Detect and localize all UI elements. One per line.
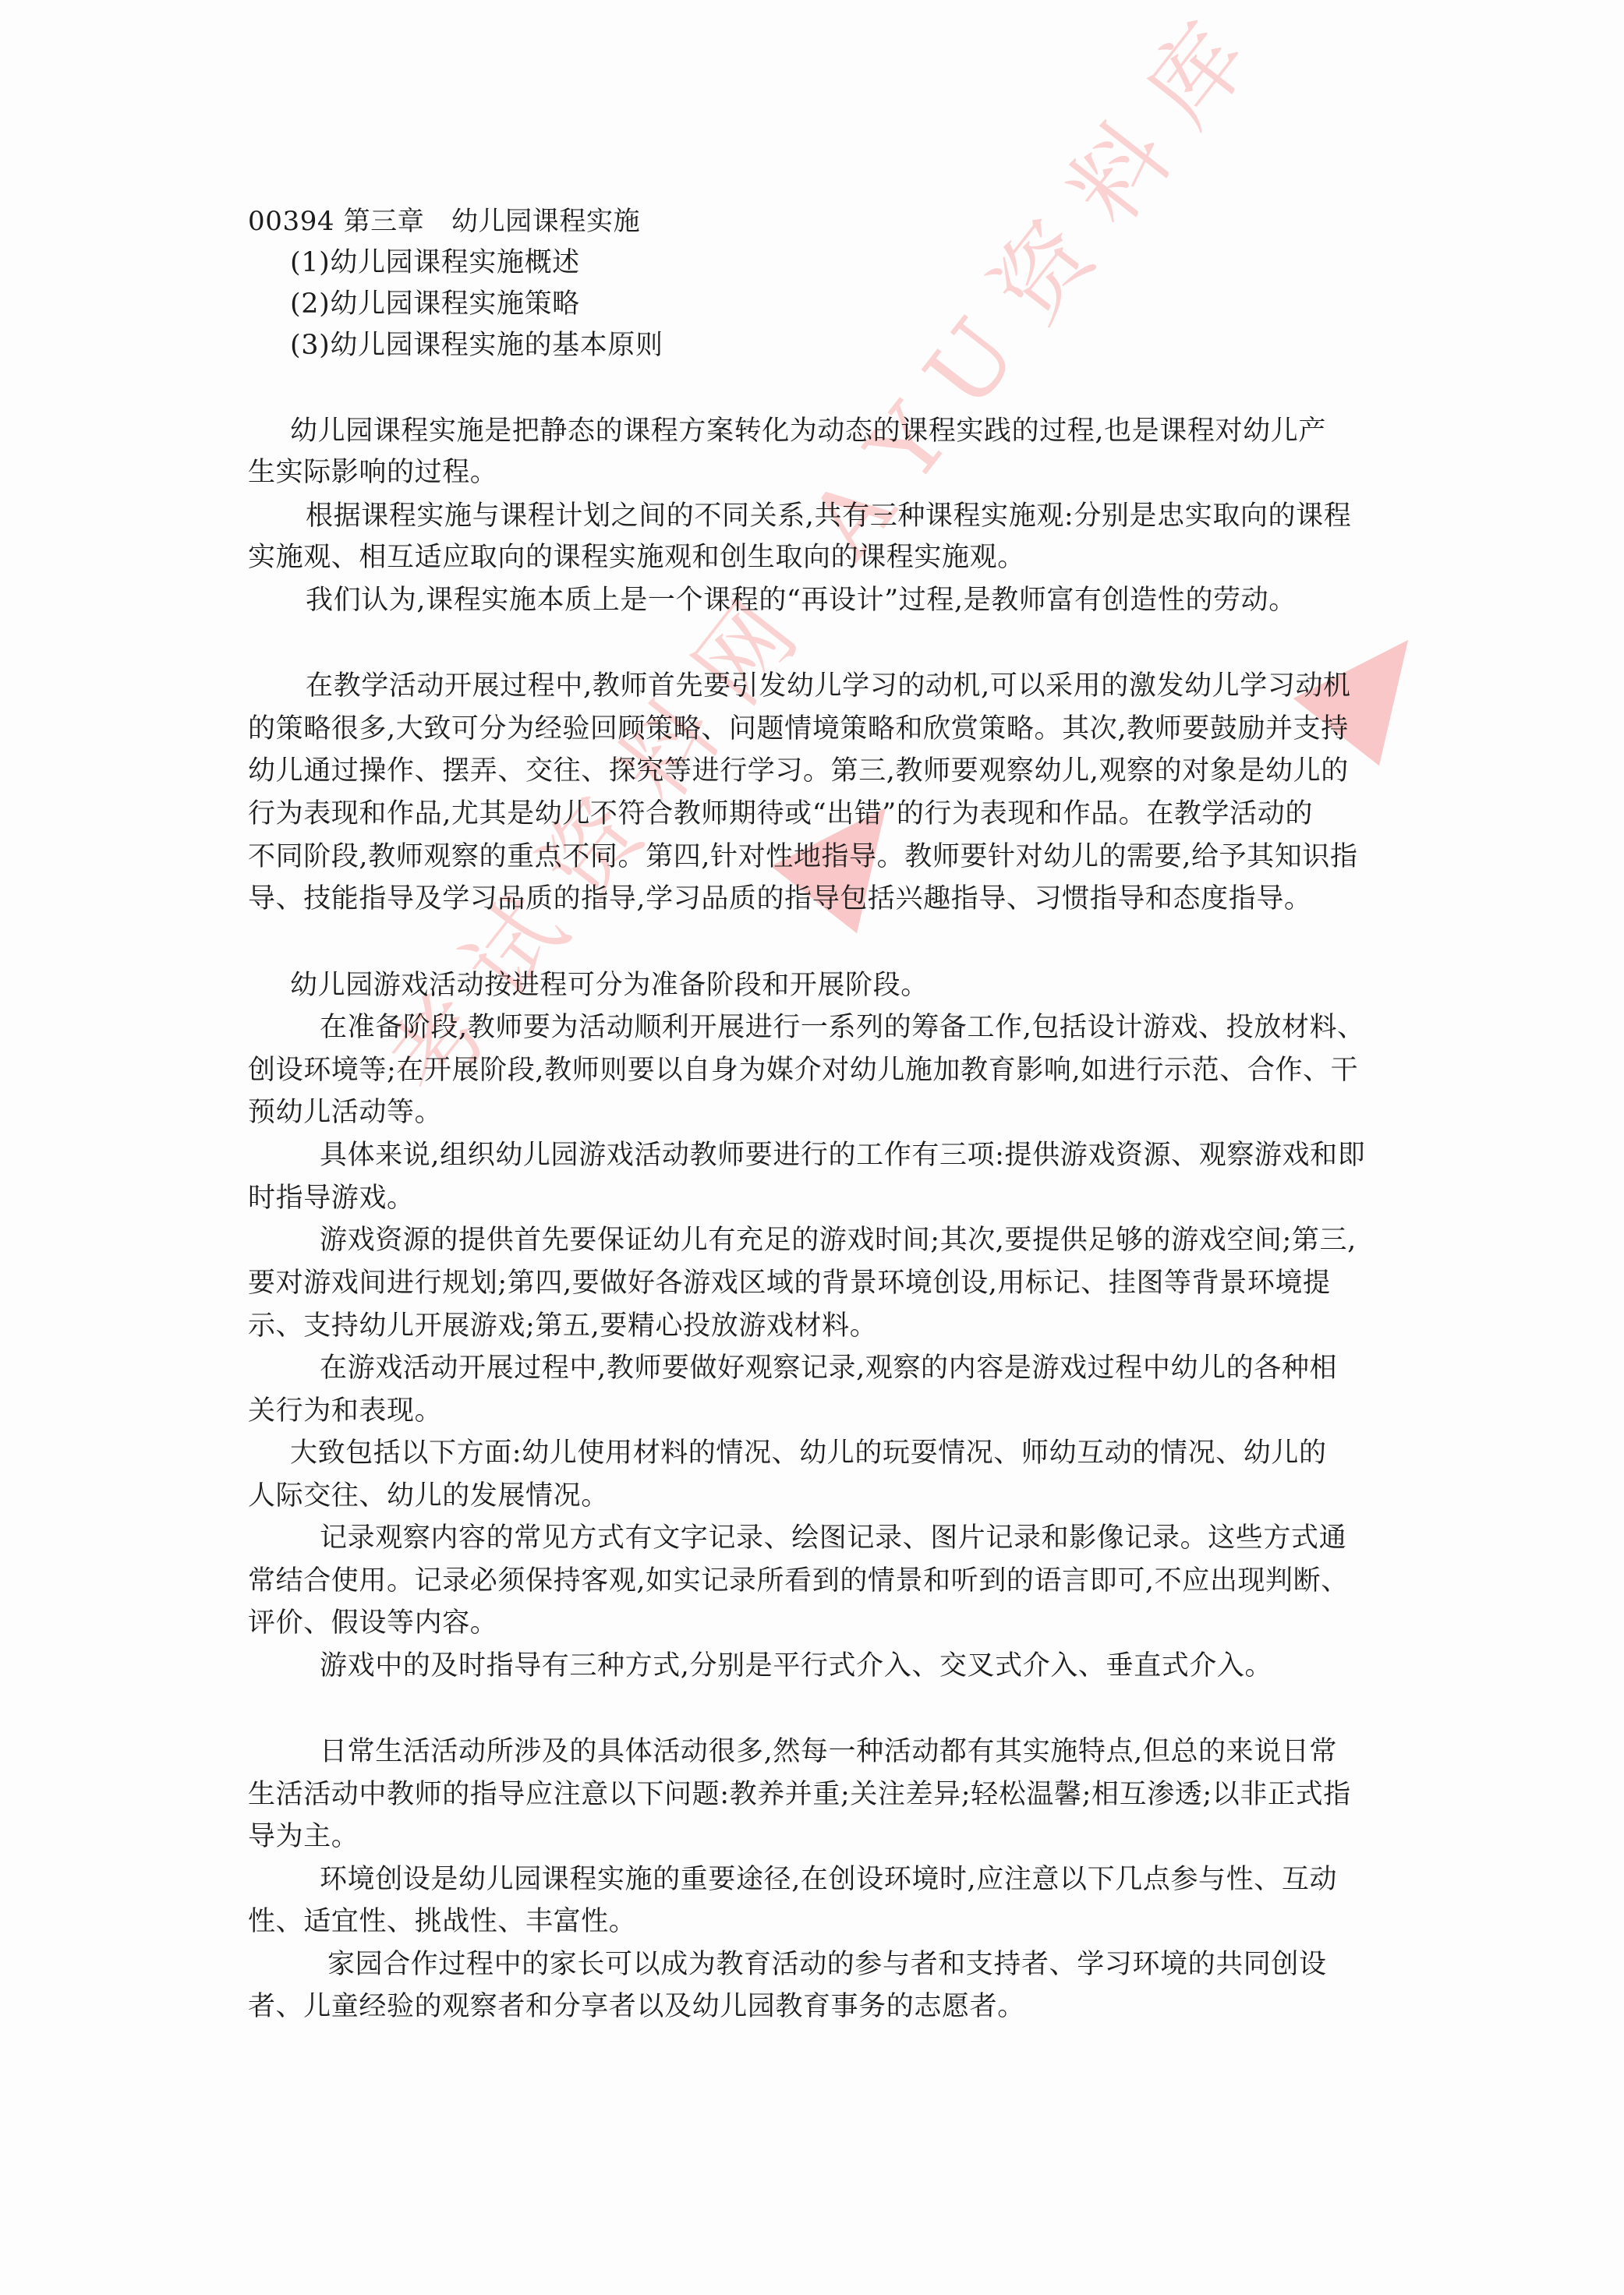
paragraph-line: 家园合作过程中的家长可以成为教育活动的参与者和支持者、学习环境的共同创设: [327, 1947, 1327, 1982]
paragraph-line: 根据课程实施与课程计划之间的不同关系,共有三种课程实施观:分别是忠实取向的课程: [306, 499, 1351, 533]
paragraph-line: 行为表现和作品,尤其是幼儿不符合教师期待或“出错”的行为表现和作品。在教学活动的: [248, 797, 1313, 831]
paragraph-line: 在准备阶段,教师要为活动顺利开展进行一系列的筹备工作,包括设计游戏、投放材料、: [320, 1010, 1365, 1045]
paragraph-line: 幼儿园课程实施是把静态的课程方案转化为动态的课程实践的过程,也是课程对幼儿产: [290, 414, 1394, 448]
paragraph-line: 记录观察内容的常见方式有文字记录、绘图记录、图片记录和影像记录。这些方式通: [320, 1521, 1346, 1555]
paragraph-line: 实施观、相互适应取向的课程实施观和创生取向的课程实施观。: [248, 540, 1025, 575]
paragraph-line: 游戏中的及时指导有三种方式,分别是平行式介入、交叉式介入、垂直式介入。: [320, 1649, 1272, 1683]
paragraph-line: 常结合使用。记录必须保持客观,如实记录所看到的情景和听到的语言即可,不应出现判断…: [248, 1564, 1349, 1598]
paragraph-line: 者、儿童经验的观察者和分享者以及幼儿园教育事务的志愿者。: [248, 1989, 1025, 2024]
outline-item: (1)幼儿园课程实施概述: [290, 246, 580, 280]
paragraph-line: 幼儿园游戏活动按进程可分为准备阶段和开展阶段。: [290, 968, 929, 1003]
paragraph-line: 关行为和表现。: [248, 1394, 442, 1428]
paragraph-line: 游戏资源的提供首先要保证幼儿有充足的游戏时间;其次,要提供足够的游戏空间;第三,: [320, 1223, 1357, 1257]
paragraph-line: 示、支持幼儿开展游戏;第五,要精心投放游戏材料。: [248, 1309, 877, 1343]
paragraph-line: 具体来说,组织幼儿园游戏活动教师要进行的工作有三项:提供游戏资源、观察游戏和即: [320, 1138, 1365, 1172]
outline-item: (2)幼儿园课程实施策略: [290, 287, 580, 321]
paragraph-line: 的策略很多,大致可分为经验回顾策略、问题情境策略和欣赏策略。其次,教师要鼓励并支…: [248, 712, 1349, 746]
paragraph-line: 导、技能指导及学习品质的指导,学习品质的指导包括兴趣指导、习惯指导和态度指导。: [248, 882, 1312, 916]
paragraph-line: 人际交往、幼儿的发展情况。: [248, 1479, 609, 1513]
document-page: 考试资料网 AYU资料库 00394 第三章 幼儿园课程实施 (1)幼儿园课程实…: [0, 0, 1624, 2295]
paragraph-line: 在教学活动开展过程中,教师首先要引发幼儿学习的动机,可以采用的激发幼儿学习动机: [306, 669, 1351, 703]
paragraph-line: 幼儿通过操作、摆弄、交往、探究等进行学习。第三,教师要观察幼儿,观察的对象是幼儿…: [248, 754, 1349, 788]
paragraph-line: 性、适宜性、挑战性、丰富性。: [248, 1904, 636, 1939]
paragraph-line: 在游戏活动开展过程中,教师要做好观察记录,观察的内容是游戏过程中幼儿的各种相: [320, 1351, 1337, 1385]
paragraph-line: 生实际影响的过程。: [248, 455, 497, 490]
chapter-title: 00394 第三章 幼儿园课程实施: [248, 204, 640, 239]
outline-item: (3)幼儿园课程实施的基本原则: [290, 328, 663, 362]
paragraph-line: 时指导游戏。: [248, 1181, 415, 1215]
paragraph-line: 预幼儿活动等。: [248, 1095, 442, 1130]
paragraph-line: 我们认为,课程实施本质上是一个课程的“再设计”过程,是教师富有创造性的劳动。: [306, 583, 1297, 617]
paragraph-line: 要对游戏间进行规划;第四,要做好各游戏区域的背景环境创设,用标记、挂图等背景环境…: [248, 1266, 1331, 1300]
paragraph-line: 生活活动中教师的指导应注意以下问题:教养并重;关注差异;轻松温馨;相互渗透;以非…: [248, 1777, 1351, 1812]
paragraph-line: 日常生活活动所涉及的具体活动很多,然每一种活动都有其实施特点,但总的来说日常: [320, 1735, 1337, 1769]
paragraph-line: 评价、假设等内容。: [248, 1606, 497, 1640]
paragraph-line: 大致包括以下方面:幼儿使用材料的情况、幼儿的玩耍情况、师幼互动的情况、幼儿的: [290, 1436, 1327, 1470]
paragraph-line: 创设环境等;在开展阶段,教师则要以自身为媒介对幼儿施加教育影响,如进行示范、合作…: [248, 1053, 1358, 1087]
paragraph-line: 不同阶段,教师观察的重点不同。第四,针对性地指导。教师要针对幼儿的需要,给予其知…: [248, 840, 1358, 874]
paragraph-line: 导为主。: [248, 1819, 359, 1854]
paragraph-line: 环境创设是幼儿园课程实施的重要途径,在创设环境时,应注意以下几点参与性、互动: [320, 1862, 1337, 1897]
